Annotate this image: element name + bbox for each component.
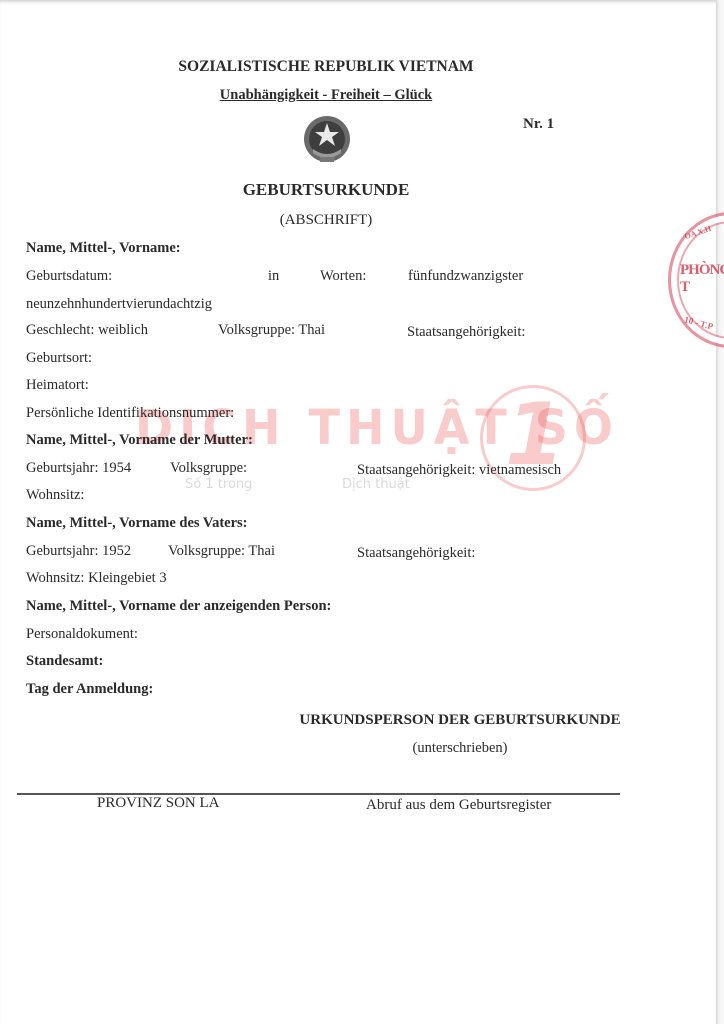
mother-ethnicity: Volksgruppe: xyxy=(170,460,247,477)
document-page xyxy=(0,0,716,1024)
signatory-title: URKUNDSPERSON DER GEBURTSURKUNDE xyxy=(240,712,680,729)
mother-residence-label: Wohnsitz: xyxy=(26,487,84,504)
father-birth-year: Geburtsjahr: 1952 xyxy=(26,543,131,560)
father-residence: Wohnsitz: Kleingebiet 3 xyxy=(26,570,167,587)
in-words-label-1: in xyxy=(268,268,279,285)
document-subtitle: (ABSCHRIFT) xyxy=(0,212,652,229)
child-name-label: Name, Mittel-, Vorname: xyxy=(26,240,181,257)
page-edge xyxy=(716,0,724,1024)
national-motto: Unabhängigkeit - Freiheit – Glück xyxy=(0,87,652,104)
signature-note: (unterschrieben) xyxy=(240,740,680,757)
father-ethnicity: Volksgruppe: Thai xyxy=(168,543,275,560)
personal-document-label: Personaldokument: xyxy=(26,626,138,643)
birthdate-words-1: fünfundzwanzigster xyxy=(408,268,523,285)
document-title: GEBURTSURKUNDE xyxy=(0,180,652,200)
country-heading: SOZIALISTISCHE REPUBLIK VIETNAM xyxy=(0,58,652,76)
mother-name-label: Name, Mittel-, Vorname der Mutter: xyxy=(26,432,253,449)
father-name-label: Name, Mittel-, Vorname des Vaters: xyxy=(26,515,248,532)
in-words-label-2: Worten: xyxy=(320,268,366,285)
footer-register-extract: Abruf aus dem Geburtsregister xyxy=(366,797,551,814)
child-ethnicity: Volksgruppe: Thai xyxy=(218,322,325,339)
registration-date-label: Tag der Anmeldung: xyxy=(26,681,153,698)
birthplace-label: Geburtsort: xyxy=(26,350,92,367)
father-nationality-label: Staatsangehörigkeit: xyxy=(357,545,475,562)
watermark-sub-left: Số 1 trong xyxy=(185,477,252,492)
hometown-label: Heimatort: xyxy=(26,377,89,394)
sex-field: Geschlecht: weiblich xyxy=(26,322,148,339)
mother-nationality: Staatsangehörigkeit: vietnamesisch xyxy=(357,462,561,479)
national-emblem-icon xyxy=(300,113,354,167)
personal-id-label: Persönliche Identifikationsnummer: xyxy=(26,405,234,422)
child-nationality-label: Staatsangehörigkeit: xyxy=(407,324,525,341)
mother-birth-year: Geburtsjahr: 1954 xyxy=(26,460,131,477)
footer-province: PROVINZ SON LA xyxy=(97,795,220,812)
stamp-text: PHÒNG T xyxy=(680,262,724,296)
certificate-number: Nr. 1 xyxy=(523,116,554,133)
birthdate-words-2: neunzehnhundertvierundachtzig xyxy=(26,296,212,313)
birthdate-label: Geburtsdatum: xyxy=(26,268,112,285)
registry-office-label: Standesamt: xyxy=(26,653,103,670)
informant-name-label: Name, Mittel-, Vorname der anzeigenden P… xyxy=(26,598,331,615)
watermark-sub-right: Dịch thuật xyxy=(342,477,410,492)
